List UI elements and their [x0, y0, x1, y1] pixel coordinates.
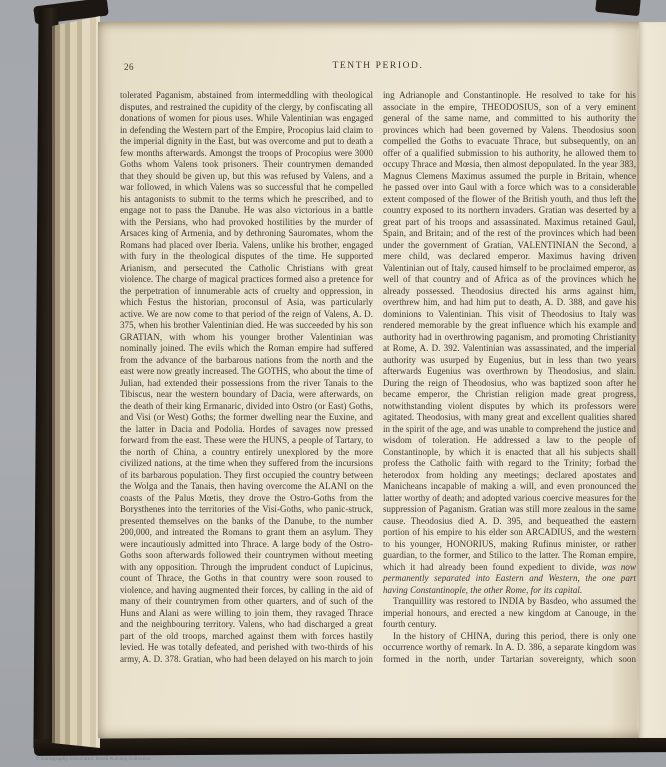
right-paragraph-1-roman: ing Adrianople and Constantinople. He re… [383, 90, 636, 572]
book-page: 26 TENTH PERIOD. tolerated Paganism, abs… [98, 22, 666, 738]
book-cover-top-right-corner [595, 0, 641, 16]
running-title: TENTH PERIOD. [120, 61, 636, 71]
right-column-paragraph-1: ing Adrianople and Constantinople. He re… [383, 90, 636, 596]
printed-content: 26 TENTH PERIOD. tolerated Paganism, abs… [120, 60, 636, 666]
right-column-paragraph-2: Tranquillity was restored to INDIA by Ba… [383, 596, 636, 631]
text-column-right: ing Adrianople and Constantinople. He re… [383, 90, 636, 666]
left-column-paragraph: tolerated Paganism, abstained from inter… [120, 90, 373, 666]
scanned-book-photo: 26 TENTH PERIOD. tolerated Paganism, abs… [0, 0, 666, 767]
collection-watermark: © Cartography Associates, David Rumsey C… [36, 756, 151, 761]
page-header: 26 TENTH PERIOD. [120, 60, 636, 82]
stacked-page-edges [52, 14, 100, 748]
book-cover-bottom-edge [34, 735, 666, 756]
facing-page-sliver [639, 22, 666, 738]
text-column-left: tolerated Paganism, abstained from inter… [120, 90, 373, 666]
right-column-paragraph-3: In the history of CHINA, during this per… [383, 631, 636, 667]
text-columns: tolerated Paganism, abstained from inter… [120, 90, 636, 666]
